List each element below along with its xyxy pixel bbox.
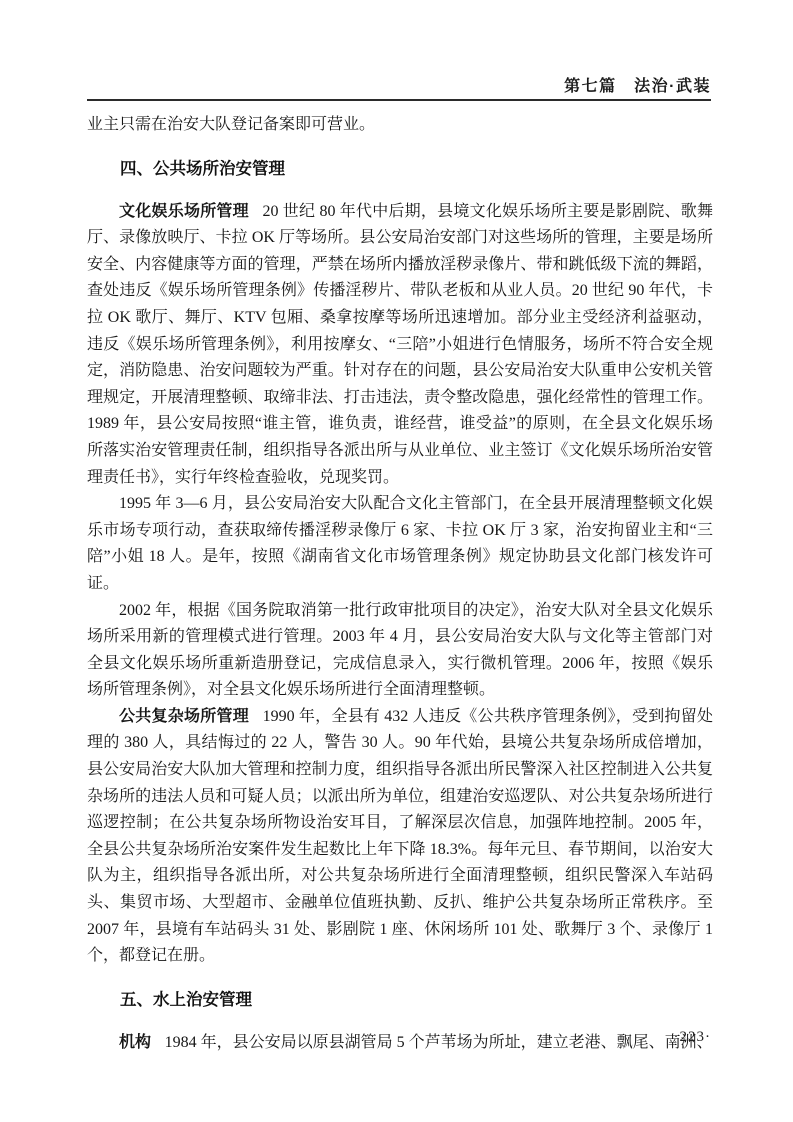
- page-number: ·223·: [674, 1029, 712, 1046]
- run-in-heading-complex-venues: 公共复杂场所管理: [119, 708, 249, 725]
- page-body: 业主只需在治安大队登记备案即可营业。 四、公共场所治安管理 文化娱乐场所管理20…: [87, 112, 713, 1056]
- paragraph-continuation: 业主只需在治安大队登记备案即可营业。: [87, 112, 713, 139]
- paragraph-text: 1984 年，县公安局以原县湖管局 5 个芦苇场为所址，建立老港、飘尾、南洲、: [165, 1034, 713, 1051]
- run-in-heading-culture-venues: 文化娱乐场所管理: [119, 203, 249, 220]
- paragraph-text: 1990 年，全县有 432 人违反《公共秩序管理条例》，受到拘留处理的 380…: [87, 708, 713, 964]
- section-heading-5: 五、水上治安管理: [87, 987, 713, 1013]
- book-page: 第七篇 法治·武装 业主只需在治安大队登记备案即可营业。 四、公共场所治安管理 …: [0, 0, 793, 1122]
- paragraph-text: 20 世纪 80 年代中后期，县境文化娱乐场所主要是影剧院、歌舞厅、录像放映厅、…: [87, 203, 713, 486]
- paragraph-water-org: 机构1984 年，县公安局以原县湖管局 5 个芦苇场为所址，建立老港、飘尾、南洲…: [87, 1030, 713, 1057]
- run-in-heading-org: 机构: [119, 1034, 151, 1051]
- paragraph-2002-reform: 2002 年，根据《国务院取消第一批行政审批项目的决定》，治安大队对全县文化娱乐…: [87, 598, 713, 704]
- section-heading-4: 四、公共场所治安管理: [87, 156, 713, 182]
- running-header: 第七篇 法治·武装: [87, 73, 711, 96]
- paragraph-complex-venues: 公共复杂场所管理1990 年，全县有 432 人违反《公共秩序管理条例》，受到拘…: [87, 704, 713, 970]
- header-rule: [87, 99, 711, 101]
- paragraph-culture-venues: 文化娱乐场所管理20 世纪 80 年代中后期，县境文化娱乐场所主要是影剧院、歌舞…: [87, 199, 713, 492]
- paragraph-1995-campaign: 1995 年 3—6 月，县公安局治安大队配合文化主管部门，在全县开展清理整顿文…: [87, 491, 713, 597]
